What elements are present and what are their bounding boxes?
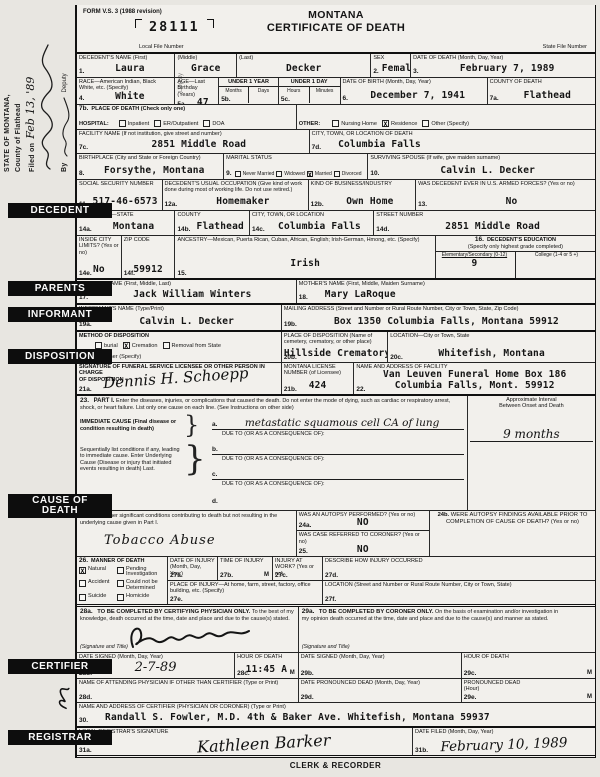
field-value: Box 1350 Columbia Falls, Montana 59912 <box>334 317 559 328</box>
field-label: DATE PRONOUNCED DEAD (Month, Day, Year) <box>301 680 459 686</box>
row-date-signed: DATE SIGNED (Month, Day, Year) 2-7-89 28… <box>77 652 595 678</box>
field-label: DESCRIBE HOW INJURY OCCURRED <box>325 558 593 564</box>
cause-lines: a.metastatic squamous cell CA of lung DU… <box>208 415 464 508</box>
field-value: 59912 <box>133 265 163 276</box>
field-value: NO <box>299 545 427 556</box>
checkbox-doa: DOA <box>203 120 224 127</box>
local-file-number-box: 28111 <box>135 19 214 35</box>
row-manner-injury: 26.MANNER OF DEATH XNatural Pending Inve… <box>77 556 595 604</box>
row-disposition-method: METHOD OF DISPOSITION burial XCremation … <box>77 330 595 362</box>
field-value: Jack William Winters <box>133 290 251 301</box>
row-race-age: RACE—American Indian, Black White, etc. … <box>77 77 595 104</box>
field-label: MONTANA LICENSE NUMBER (of Licensee) <box>284 364 352 377</box>
checkbox-divorced: Divorced <box>334 171 362 177</box>
coroner-certification: 29a. TO BE COMPLETED BY CORONER ONLY. On… <box>298 607 595 652</box>
field-under-1-day: UNDER 1 DAY HoursMinutes 5c. <box>278 78 340 104</box>
field-value: Homemaker <box>216 197 269 208</box>
field-city-of-death: CITY, TOWN, OR LOCATION OF DEATH 7d.Colu… <box>309 130 595 153</box>
physician-only-heading: TO BE COMPLETED BY CERTIFYING PHYSICIAN … <box>97 609 250 615</box>
field-label: METHOD OF DISPOSITION <box>79 333 279 339</box>
field-value: Columbia Falls <box>338 140 421 151</box>
section-label-informant: INFORMANT <box>8 307 112 322</box>
cause-line-c: c. <box>212 465 464 480</box>
field-value: NO <box>299 518 427 529</box>
checkbox-married: XMarried <box>307 171 332 177</box>
checkbox-er-outpatient: ER/Outpatient <box>154 120 198 127</box>
field-label: ANCESTRY—Mexican, Puerta Rican, Cuban, A… <box>177 237 432 243</box>
field-registrar-signature: LOCAL REGISTRAR'S SIGNATURE Kathleen Bar… <box>77 728 412 755</box>
field-label: MAILING ADDRESS (Street and Number or Ru… <box>284 306 593 312</box>
field-label: HOUR OF DEATH <box>237 654 296 660</box>
field-value: 47 <box>197 98 209 104</box>
field-sublabel: (Specify only highest grade completed) <box>436 244 595 250</box>
cause-part1: 23. PART I. Enter the diseases, injuries… <box>77 396 467 510</box>
row-residence: RESIDENCE—STATE 14a.Montana COUNTY 14b.F… <box>77 210 595 235</box>
field-under-1-year: UNDER 1 YEAR MonthsDays 5b. <box>218 78 278 104</box>
field-label: LOCATION—City or Town, State <box>390 333 593 339</box>
field-label: UNDER 1 DAY <box>281 79 338 85</box>
stamp-deputy-label: Deputy <box>62 73 68 92</box>
stamp-signature-squiggle <box>39 42 55 172</box>
field-race: RACE—American Indian, Black White, etc. … <box>77 78 174 104</box>
checkbox-accident: Accident <box>79 580 110 592</box>
stamp-county-line: County of Flathead <box>14 10 25 172</box>
field-number: 1. <box>79 69 84 76</box>
field-value: Irish <box>290 259 320 270</box>
checkbox-removal-from-state: Removal from State <box>163 342 221 349</box>
field-place-of-disposition: PLACE OF DISPOSITION (Name of cemetery, … <box>281 332 387 362</box>
local-file-number-label: Local File Number <box>139 44 184 50</box>
row-facility: FACILITY NAME (If not institution, give … <box>77 129 595 153</box>
row-cause-part2: PART II. Other significant conditions co… <box>77 510 595 556</box>
row-certifier-name: NAME AND ADDRESS OF CERTIFIER (PHYSICIAN… <box>77 702 595 726</box>
field-label: WAS DECEDENT EVER IN U.S. ARMED FORCES? … <box>418 181 593 187</box>
field-funeral-signature: SIGNATURE OF FUNERAL SERVICE LICENSEE OR… <box>77 363 281 394</box>
field-label: CITY, TOWN, OR LOCATION OF DEATH <box>312 131 593 137</box>
row-registrar: LOCAL REGISTRAR'S SIGNATURE Kathleen Bar… <box>77 726 595 758</box>
field-label: MOTHER'S NAME (First, Middle, Maiden Sur… <box>299 281 593 287</box>
field-date-pronounced-dead: DATE PRONOUNCED DEAD (Month, Day, Year) … <box>298 679 461 702</box>
field-birthplace: BIRTHPLACE (City and State or Foreign Co… <box>77 154 223 179</box>
checkbox-homicide: Homicide <box>117 594 160 601</box>
checkbox-natural: XNatural <box>79 567 110 579</box>
part1-heading: PART I. <box>94 398 115 404</box>
field-label: UNDER 1 YEAR <box>221 79 276 85</box>
cause-a-value: metastatic squamous cell CA of lung <box>245 417 439 429</box>
meridiem-mark: M <box>264 572 269 578</box>
stamp-by-label: By <box>60 162 71 172</box>
county-filing-stamp: STATE OF MONTANA, County of Flathead Fil… <box>3 10 70 172</box>
field-armed-forces: WAS DECEDENT EVER IN U.S. ARMED FORCES? … <box>415 180 595 210</box>
field-value: Flathead <box>197 222 244 233</box>
field-value: Grace <box>191 64 221 75</box>
checkbox-nursing-home: Nursing Home <box>332 120 377 127</box>
field-facility-name-address: NAME AND ADDRESS OF FACILITY Van Leuven … <box>353 363 595 394</box>
field-value: 2851 Middle Road <box>445 222 540 233</box>
row-name: DECEDENT'S NAME (First) 1.Laura (Middle)… <box>77 52 595 77</box>
meridiem-mark: M <box>587 694 592 700</box>
local-file-number: 28111 <box>135 19 214 35</box>
field-pronounced-dead-hour: PRONOUNCED DEAD (Hour) 29e. M <box>461 679 595 702</box>
injury-grid: DATE OF INJURY (Month, Day, Year) 27a. T… <box>167 557 595 604</box>
checkbox-residence: XResidence <box>382 120 417 127</box>
field-autopsy-findings: 24b. WERE AUTOPSY FINDINGS AVAILABLE PRI… <box>429 511 595 556</box>
field-label: PLACE OF DISPOSITION (Name of cemetery, … <box>284 333 385 346</box>
field-name-last: (Last) Decker <box>236 54 370 77</box>
row-informant: INFORMANT'S NAME (Type/Print) 19a.Calvin… <box>77 303 595 330</box>
field-label: DECEDENT'S NAME (First) <box>79 55 172 61</box>
death-certificate-scan: STATE OF MONTANA, County of Flathead Fil… <box>0 0 600 777</box>
row-certifier-statements: 28a. TO BE COMPLETED BY CERTIFYING PHYSI… <box>77 604 595 652</box>
due-to-label: DUE TO (OR AS A CONSEQUENCE OF): <box>222 481 464 487</box>
field-label: DECEDENT'S EDUCATION <box>487 237 556 243</box>
field-value: Female <box>382 64 410 75</box>
cause-line-d: d. <box>212 490 464 508</box>
autopsy-column: WAS AN AUTOPSY PERFORMED? (Yes or no) NO… <box>296 511 429 556</box>
field-label: PLACE OF INJURY—At home, farm, street, f… <box>170 582 320 595</box>
field-place-of-death-hospital: 7b.PLACE OF DEATH (Check only one) HOSPI… <box>77 105 296 129</box>
field-value: Own Home <box>346 197 393 208</box>
field-value: 9 <box>471 259 477 270</box>
section-label-parents: PARENTS <box>8 281 112 296</box>
row-birthplace-marital: BIRTHPLACE (City and State or Foreign Co… <box>77 153 595 179</box>
field-label: HOUR OF DEATH <box>464 654 593 660</box>
field-label: BIRTHPLACE (City and State or Foreign Co… <box>79 155 221 161</box>
field-residence-street: STREET NUMBER 14d.2851 Middle Road <box>373 211 595 235</box>
certificate-form: FORM V.S. 3 (1988 revision) MONTANA CERT… <box>75 5 596 758</box>
field-value: Montana <box>113 222 154 233</box>
field-informant-address: MAILING ADDRESS (Street and Number or Ru… <box>281 305 595 330</box>
education-elementary: Elementary/Secondary (0-12) 9 <box>435 252 515 278</box>
field-name-first: DECEDENT'S NAME (First) 1.Laura <box>77 54 174 77</box>
field-label: SOCIAL SECURITY NUMBER <box>79 181 160 187</box>
section-label-decedent: DECEDENT <box>8 203 112 218</box>
field-residence-city: CITY, TOWN, OR LOCATION 14c.Columbia Fal… <box>249 211 373 235</box>
field-how-injury-occurred: DESCRIBE HOW INJURY OCCURRED 27d. <box>322 557 595 580</box>
field-value: 11:45 A <box>246 665 287 676</box>
field-facility-name: FACILITY NAME (If not institution, give … <box>77 130 309 153</box>
section-label-disposition: DISPOSITION <box>8 349 112 364</box>
field-label: RACE—American Indian, Black White, etc. … <box>79 79 172 92</box>
field-date-filed: DATE FILED (Month, Day, Year) February 1… <box>412 728 595 755</box>
meridiem-mark: M <box>290 670 295 676</box>
field-value: Randall S. Fowler, M.D. 4th & Baker Ave.… <box>105 713 490 724</box>
field-place-of-injury: PLACE OF INJURY—At home, farm, street, f… <box>167 581 322 604</box>
sequential-conditions-label: Sequentially list conditions if any, lea… <box>80 447 184 472</box>
field-hour-of-death: HOUR OF DEATH 11:45 A 28c. M <box>234 653 298 678</box>
immediate-cause-label: IMMEDIATE CAUSE (Final disease or condit… <box>80 419 184 432</box>
field-label: DATE OF DEATH (Month, Day, Year) <box>413 55 593 61</box>
field-value: Calvin L. Decker <box>139 317 234 328</box>
field-value: Hillside Crematory <box>284 349 387 360</box>
field-value: Forsythe, Montana <box>104 166 205 177</box>
checkbox-widowed: Widowed <box>276 171 305 177</box>
physician-signature <box>123 619 253 651</box>
row-attending-pronounced: NAME OF ATTENDING PHYSICIAN IF OTHER THA… <box>77 678 595 702</box>
field-occupation: DECEDENT'S USUAL OCCUPATION (Give kind o… <box>162 180 308 210</box>
field-montana-license: MONTANA LICENSE NUMBER (of Licensee) 424… <box>281 363 354 394</box>
field-value: Mary LaRoque <box>325 290 396 301</box>
field-surviving-spouse: SURVIVING SPOUSE (If wife, give maiden s… <box>367 154 595 179</box>
field-value: Columbia Falls <box>278 222 361 233</box>
part2-value: Tobacco Abuse <box>104 533 293 548</box>
date-filed-value: February 10, 1989 <box>415 734 593 755</box>
field-date-of-death: DATE OF DEATH (Month, Day, Year) 3.Febru… <box>410 54 595 77</box>
row-ssn-occupation: SOCIAL SECURITY NUMBER 11.517-46-6573 DE… <box>77 179 595 210</box>
field-label: (Last) <box>239 55 368 61</box>
field-injury-at-work: INJURY AT WORK? (Yes or no) 27c. <box>272 557 322 580</box>
brace-glyph: } <box>184 444 206 475</box>
stamp-state-line: STATE OF MONTANA, <box>3 10 14 172</box>
field-value: Laura <box>115 64 145 75</box>
field-disposition-location: LOCATION—City or Town, State Whitefish, … <box>387 332 595 362</box>
checkbox-suicide: Suicide <box>79 594 110 601</box>
field-label: STREET NUMBER <box>376 212 593 218</box>
form-header: FORM V.S. 3 (1988 revision) MONTANA CERT… <box>77 5 595 52</box>
section-label-registrar: REGISTRAR <box>8 730 112 745</box>
field-label: FACILITY NAME (If not institution, give … <box>79 131 307 137</box>
row-parents: FATHER'S NAME (First, Middle, Last) 17.J… <box>77 278 595 303</box>
field-time-of-injury: TIME OF INJURY 27b. M <box>217 557 272 580</box>
field-inside-city-limits: INSIDE CITY LIMITS? (Yes or no) No 14e. <box>77 236 121 278</box>
clerk-recorder-footer: CLERK & RECORDER <box>75 762 596 770</box>
field-label: SEX <box>373 55 408 61</box>
field-attending-physician: NAME OF ATTENDING PHYSICIAN IF OTHER THA… <box>77 679 298 702</box>
field-education: 16.DECEDENT'S EDUCATION (Specify only hi… <box>435 236 595 278</box>
meridiem-mark: M <box>587 670 592 676</box>
field-date-of-birth: DATE OF BIRTH (Month, Day, Year) 6.Decem… <box>340 78 487 104</box>
physician-certification: 28a. TO BE COMPLETED BY CERTIFYING PHYSI… <box>77 607 298 652</box>
stamp-filed-label: Filed on <box>28 143 39 172</box>
due-to-label: DUE TO (OR AS A CONSEQUENCE OF): <box>222 431 464 437</box>
field-label: SURVIVING SPOUSE (If wife, give maiden s… <box>370 155 593 161</box>
field-label: COUNTY <box>177 212 247 218</box>
field-coroner-hour-of-death: HOUR OF DEATH 29c. M <box>461 653 595 678</box>
brace-glyph: } <box>184 415 199 437</box>
row-cause-part1: 23. PART I. Enter the diseases, injuries… <box>77 394 595 510</box>
field-manner-of-death: 26.MANNER OF DEATH XNatural Pending Inve… <box>77 557 167 604</box>
checkbox-other-specify: Other (Specify) <box>422 120 469 127</box>
cause-line-b: b. <box>212 440 464 455</box>
field-residence-county: COUNTY 14b.Flathead <box>174 211 249 235</box>
field-label: KIND OF BUSINESS/INDUSTRY <box>311 181 413 187</box>
field-label: LOCATION (Street and Number or Rural Rou… <box>325 582 593 588</box>
field-label: ZIP CODE <box>124 237 173 243</box>
field-label: NAME OF ATTENDING PHYSICIAN IF OTHER THA… <box>79 680 296 686</box>
field-value: December 7, 1941 <box>370 91 465 102</box>
field-label: WERE AUTOPSY FINDINGS AVAILABLE PRIOR TO… <box>446 512 587 525</box>
row-ancestry-education: INSIDE CITY LIMITS? (Yes or no) No 14e. … <box>77 235 595 278</box>
stamp-deputy-signature-squiggle <box>60 96 70 158</box>
interval-value: 9 months <box>470 427 593 442</box>
signature-and-title-label: (Signature and Title) <box>80 644 128 650</box>
field-ancestry: ANCESTRY—Mexican, Puerta Rican, Cuban, A… <box>174 236 434 278</box>
field-label: (Middle) <box>177 55 234 61</box>
field-label: INSIDE CITY LIMITS? (Yes or no) <box>79 237 119 256</box>
field-label: WAS CASE REFERRED TO CORONER? (Yes or no… <box>299 532 427 545</box>
stamp-deputy-overflow: Deputy <box>178 73 184 92</box>
cause-line-a: a.metastatic squamous cell CA of lung <box>212 415 464 430</box>
field-value: No <box>93 265 105 276</box>
field-value: White <box>115 92 145 103</box>
field-county-of-death: COUNTY OF DEATH 7a.Flathead <box>487 78 595 104</box>
coroner-only-heading: TO BE COMPLETED BY CORONER ONLY. <box>319 609 434 615</box>
field-business-industry: KIND OF BUSINESS/INDUSTRY 12b.Own Home <box>308 180 415 210</box>
education-college: College (1-4 or 5 +) <box>515 252 595 278</box>
row-place-of-death: 7b.PLACE OF DEATH (Check only one) HOSPI… <box>77 104 595 129</box>
field-label: MANNER OF DEATH <box>91 558 144 564</box>
part1-instructions: Enter the diseases, injuries, or complic… <box>80 398 450 411</box>
hospital-group-label: HOSPITAL: <box>79 121 109 127</box>
stamp-filed-date: Feb 13, '89 <box>24 77 37 139</box>
field-place-of-death-other: OTHER: Nursing Home XResidence Other (Sp… <box>296 105 595 129</box>
field-value: 2851 Middle Road <box>151 140 246 151</box>
field-autopsy-performed: WAS AN AUTOPSY PERFORMED? (Yes or no) NO… <box>297 511 429 530</box>
field-interval-onset-death: Approximate Interval Between Onset and D… <box>467 396 595 510</box>
field-value: Van Leuven Funeral Home Box 186 Columbia… <box>383 370 567 392</box>
section-label-certifier: CERTIFIER <box>8 659 112 674</box>
field-date-of-injury: DATE OF INJURY (Month, Day, Year) 27a. <box>167 557 217 580</box>
field-injury-location: LOCATION (Street and Number or Rural Rou… <box>322 581 595 604</box>
registrar-margin-mark <box>54 684 72 711</box>
field-coroner-referred: WAS CASE REFERRED TO CORONER? (Yes or no… <box>297 530 429 556</box>
field-label: PLACE OF DEATH (Check only one) <box>91 106 185 112</box>
field-label: NAME AND ADDRESS OF CERTIFIER (PHYSICIAN… <box>79 704 593 710</box>
other-group-label: OTHER: <box>299 121 320 127</box>
signature-and-title-label: (Signature and Title) <box>302 644 350 650</box>
field-certifier-name-address: NAME AND ADDRESS OF CERTIFIER (PHYSICIAN… <box>77 703 595 726</box>
form-number: FORM V.S. 3 (1988 revision) <box>83 9 162 15</box>
field-coroner-date-signed: DATE SIGNED (Month, Day, Year) 29b. <box>298 653 461 678</box>
field-value: Decker <box>286 64 322 75</box>
field-mother-name: MOTHER'S NAME (First, Middle, Maiden Sur… <box>296 280 595 303</box>
field-label: DECEDENT'S USUAL OCCUPATION (Give kind o… <box>165 181 306 194</box>
field-label: MARITAL STATUS <box>226 155 365 161</box>
corner-mark-left <box>135 19 142 28</box>
field-label: DATE OF BIRTH (Month, Day, Year) <box>343 79 485 85</box>
field-zip-code: ZIP CODE 59912 14f. <box>121 236 175 278</box>
checkbox-cremation: XCremation <box>123 342 158 349</box>
field-value: Flathead <box>524 91 571 102</box>
checkbox-could-not-be-determined: Could not be Determined <box>117 580 160 592</box>
due-to-label: DUE TO (OR AS A CONSEQUENCE OF): <box>222 456 464 462</box>
corner-mark-right <box>207 19 214 28</box>
field-label: COUNTY OF DEATH <box>490 79 593 85</box>
field-label: DATE SIGNED (Month, Day, Year) <box>301 654 459 660</box>
field-value: No <box>506 197 518 208</box>
row-disposition-signature: SIGNATURE OF FUNERAL SERVICE LICENSEE OR… <box>77 362 595 394</box>
checkbox-inpatient: Inpatient <box>119 120 149 127</box>
section-label-cause-of-death: CAUSE OFDEATH <box>8 494 112 518</box>
state-file-number-label: State File Number <box>543 44 587 50</box>
field-value: Whitefish, Montana <box>438 349 545 360</box>
field-label: CITY, TOWN, OR LOCATION <box>252 212 371 218</box>
field-label: TIME OF INJURY <box>220 558 270 564</box>
field-value: Calvin L. Decker <box>440 166 535 177</box>
field-value: February 7, 1989 <box>460 64 555 75</box>
checkbox-never-married: Never Married <box>235 171 275 177</box>
checkbox-pending-investigation: Pending Investigation <box>117 567 160 579</box>
field-marital-status: MARITAL STATUS 9. Never Married Widowed … <box>223 154 367 179</box>
field-value: 424 <box>309 381 327 392</box>
field-sex: SEX 2.Female <box>370 54 410 77</box>
